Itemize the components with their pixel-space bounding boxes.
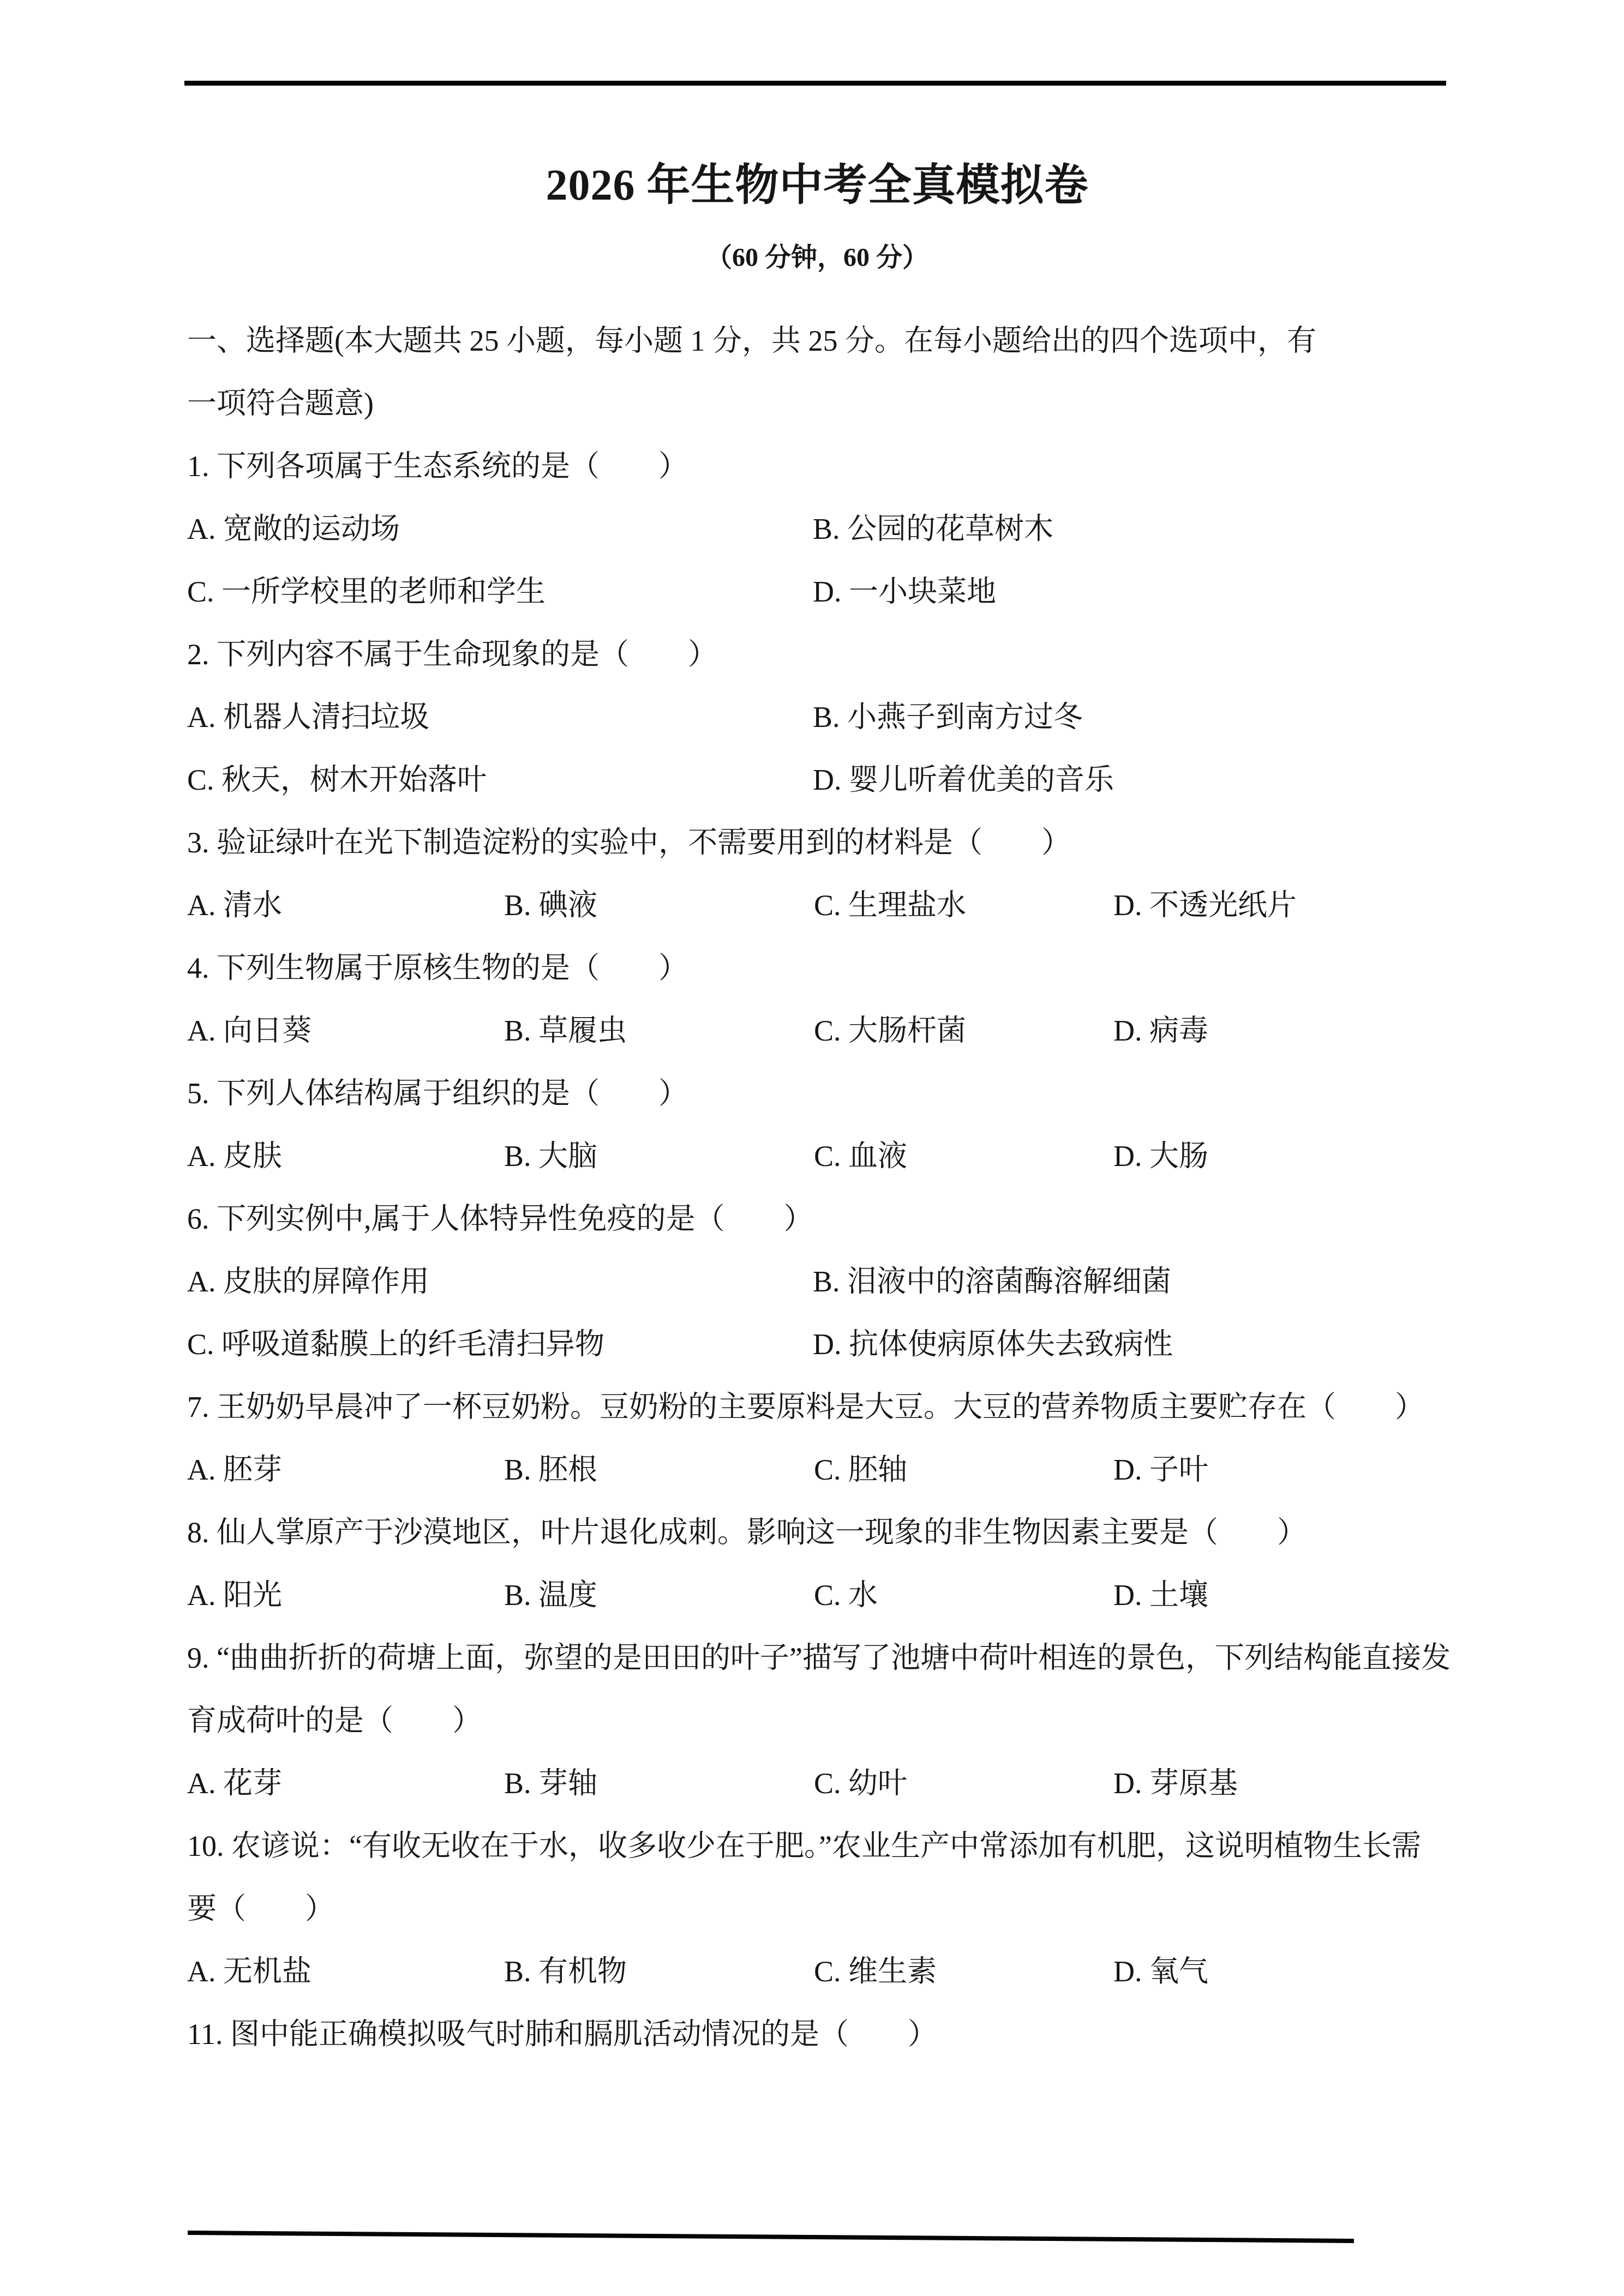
question-2-options-row-1: A. 机器人清扫垃圾 B. 小燕子到南方过冬 xyxy=(187,683,1447,746)
question-7-option-b: B. 胚根 xyxy=(504,1446,814,1488)
question-6-stem: 6. 下列实例中,属于人体特异性免疫的是（ ） xyxy=(187,1185,1447,1248)
question-3-stem: 3. 验证绿叶在光下制造淀粉的实验中，不需要用到的材料是（ ） xyxy=(187,809,1447,871)
question-10-stem-line-2: 要（ ） xyxy=(187,1875,1447,1938)
question-5-options-row: A. 皮肤 B. 大脑 C. 血液 D. 大肠 xyxy=(187,1122,1447,1185)
question-3-option-c: C. 生理盐水 xyxy=(814,882,1113,924)
exam-duration-subtitle: （60 分钟，60 分） xyxy=(187,224,1447,292)
question-2-options-row-2: C. 秋天，树木开始落叶 D. 婴儿听着优美的音乐 xyxy=(187,746,1447,809)
section-heading-line-1: 一、选择题(本大题共 25 小题，每小题 1 分，共 25 分。在每小题给出的四… xyxy=(187,307,1447,370)
question-2-option-d: D. 婴儿听着优美的音乐 xyxy=(813,756,1447,798)
question-4-option-b: B. 草履虫 xyxy=(504,1007,814,1049)
question-10-option-b: B. 有机物 xyxy=(504,1948,814,1990)
question-8-option-b: B. 温度 xyxy=(504,1572,814,1614)
question-3-options-row: A. 清水 B. 碘液 C. 生理盐水 D. 不透光纸片 xyxy=(187,871,1447,934)
question-2-stem: 2. 下列内容不属于生命现象的是（ ） xyxy=(187,621,1447,683)
top-rule xyxy=(184,81,1446,86)
question-8-option-c: C. 水 xyxy=(814,1572,1113,1614)
question-9-option-b: B. 芽轴 xyxy=(504,1760,814,1802)
question-8-option-d: D. 土壤 xyxy=(1113,1572,1447,1614)
question-7-options-row: A. 胚芽 B. 胚根 C. 胚轴 D. 子叶 xyxy=(187,1436,1447,1499)
question-9-option-c: C. 幼叶 xyxy=(814,1760,1113,1802)
question-1-options-row-2: C. 一所学校里的老师和学生 D. 一小块菜地 xyxy=(187,558,1447,621)
question-4-options-row: A. 向日葵 B. 草履虫 C. 大肠杆菌 D. 病毒 xyxy=(187,997,1447,1060)
question-6-option-d: D. 抗体使病原体失去致病性 xyxy=(813,1321,1447,1363)
question-6-option-a: A. 皮肤的屏障作用 xyxy=(187,1258,813,1300)
question-5-option-c: C. 血液 xyxy=(814,1133,1113,1175)
question-1-option-a: A. 宽敞的运动场 xyxy=(187,506,813,548)
page-content: 2026 年生物中考全真模拟卷 （60 分钟，60 分） 一、选择题(本大题共 … xyxy=(187,147,1447,2063)
question-9-stem-line-1: 9. “曲曲折折的荷塘上面，弥望的是田田的叶子”描写了池塘中荷叶相连的景色，下列… xyxy=(187,1624,1447,1687)
question-1-option-c: C. 一所学校里的老师和学生 xyxy=(187,568,813,610)
question-5-option-d: D. 大肠 xyxy=(1113,1133,1447,1175)
question-7-option-d: D. 子叶 xyxy=(1113,1446,1447,1488)
section-heading-line-2: 一项符合题意) xyxy=(187,370,1447,432)
question-5-stem: 5. 下列人体结构属于组织的是（ ） xyxy=(187,1060,1447,1122)
question-9-option-a: A. 花芽 xyxy=(187,1760,504,1802)
question-8-stem: 8. 仙人掌原产于沙漠地区，叶片退化成刺。影响这一现象的非生物因素主要是（ ） xyxy=(187,1499,1447,1561)
question-3-option-a: A. 清水 xyxy=(187,882,504,924)
question-1-options-row-1: A. 宽敞的运动场 B. 公园的花草树木 xyxy=(187,495,1447,558)
question-10-stem-line-1: 10. 农谚说：“有收无收在于水，收多收少在于肥。”农业生产中常添加有机肥，这说… xyxy=(187,1812,1447,1875)
question-10-option-c: C. 维生素 xyxy=(814,1948,1113,1990)
question-6-options-row-1: A. 皮肤的屏障作用 B. 泪液中的溶菌酶溶解细菌 xyxy=(187,1248,1447,1311)
question-7-option-a: A. 胚芽 xyxy=(187,1446,504,1488)
question-10-option-d: D. 氧气 xyxy=(1113,1948,1447,1990)
question-3-option-d: D. 不透光纸片 xyxy=(1113,882,1447,924)
question-5-option-b: B. 大脑 xyxy=(504,1133,814,1175)
question-8-option-a: A. 阳光 xyxy=(187,1572,504,1614)
question-7-stem: 7. 王奶奶早晨冲了一杯豆奶粉。豆奶粉的主要原料是大豆。大豆的营养物质主要贮存在… xyxy=(187,1373,1447,1436)
question-4-stem: 4. 下列生物属于原核生物的是（ ） xyxy=(187,934,1447,997)
question-9-stem-line-2: 育成荷叶的是（ ） xyxy=(187,1687,1447,1750)
question-2-option-c: C. 秋天，树木开始落叶 xyxy=(187,756,813,798)
question-6-option-c: C. 呼吸道黏膜上的纤毛清扫异物 xyxy=(187,1321,813,1363)
question-9-options-row: A. 花芽 B. 芽轴 C. 幼叶 D. 芽原基 xyxy=(187,1750,1447,1812)
question-10-options-row: A. 无机盐 B. 有机物 C. 维生素 D. 氧气 xyxy=(187,1938,1447,2000)
bottom-rule xyxy=(188,2231,1354,2243)
question-2-option-a: A. 机器人清扫垃圾 xyxy=(187,694,813,736)
question-3-option-b: B. 碘液 xyxy=(504,882,814,924)
question-1-stem: 1. 下列各项属于生态系统的是（ ） xyxy=(187,432,1447,495)
question-6-options-row-2: C. 呼吸道黏膜上的纤毛清扫异物 D. 抗体使病原体失去致病性 xyxy=(187,1311,1447,1373)
question-6-option-b: B. 泪液中的溶菌酶溶解细菌 xyxy=(813,1258,1447,1300)
question-8-options-row: A. 阳光 B. 温度 C. 水 D. 土壤 xyxy=(187,1561,1447,1624)
question-4-option-d: D. 病毒 xyxy=(1113,1007,1447,1049)
question-7-option-c: C. 胚轴 xyxy=(814,1446,1113,1488)
question-5-option-a: A. 皮肤 xyxy=(187,1133,504,1175)
page-title: 2026 年生物中考全真模拟卷 xyxy=(187,147,1447,224)
question-4-option-a: A. 向日葵 xyxy=(187,1007,504,1049)
question-9-option-d: D. 芽原基 xyxy=(1113,1760,1447,1802)
question-list: 一、选择题(本大题共 25 小题，每小题 1 分，共 25 分。在每小题给出的四… xyxy=(187,307,1447,2063)
question-1-option-b: B. 公园的花草树木 xyxy=(813,506,1447,548)
question-10-option-a: A. 无机盐 xyxy=(187,1948,504,1990)
question-11-stem: 11. 图中能正确模拟吸气时肺和膈肌活动情况的是（ ） xyxy=(187,2000,1447,2063)
exam-paper-page: { "document": { "title": "2026 年生物中考全真模拟… xyxy=(0,0,1624,2296)
question-4-option-c: C. 大肠杆菌 xyxy=(814,1007,1113,1049)
question-2-option-b: B. 小燕子到南方过冬 xyxy=(813,694,1447,736)
question-1-option-d: D. 一小块菜地 xyxy=(813,568,1447,610)
